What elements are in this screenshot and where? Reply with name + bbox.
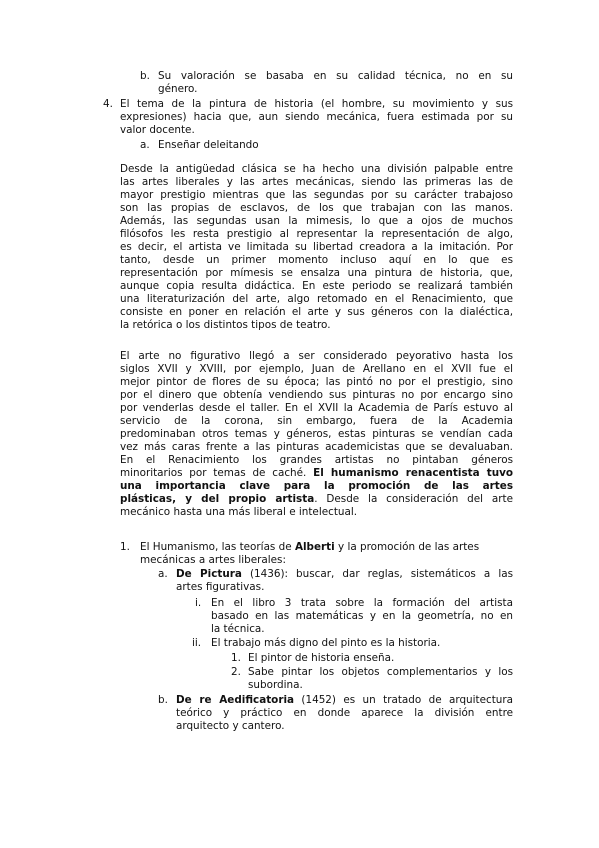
- text-line: la técnica.: [211, 623, 265, 636]
- text-line: subordina.: [248, 679, 303, 692]
- text-line: basado en las matemáticas y en la geomet…: [211, 610, 513, 623]
- text-line: vez más caras frente a las pinturas acad…: [120, 441, 513, 454]
- text-line: mejor pintor de flores de su época; las …: [120, 376, 513, 389]
- text-line: En el Renacimiento los grandes artistas …: [120, 454, 513, 467]
- text-line: Su valoración se basaba en su calidad té…: [158, 70, 513, 83]
- text-run: minoritarios por temas de caché.: [120, 467, 313, 479]
- text-line: servicio de la corona, sin embargo, fuer…: [120, 415, 513, 428]
- text-line: teórico y práctico en donde aparece la d…: [176, 707, 513, 720]
- list-marker: a.: [140, 139, 150, 152]
- text-line: tanto, desde un primer momento incluso a…: [120, 254, 513, 267]
- text-line: consiste en poner en relación el arte y …: [120, 306, 513, 319]
- text-line: mecánico hasta una más liberal e intelec…: [120, 506, 357, 519]
- text-line: mayor prestigio mientras que las segunda…: [120, 189, 513, 202]
- bold-emphasis: Alberti: [295, 541, 335, 553]
- text-line: representación por mímesis se ensalza un…: [120, 267, 513, 280]
- text-line: valor docente.: [120, 124, 195, 137]
- text-line: filósofos les resta prestigio al represe…: [120, 228, 513, 241]
- text-line: plásticas, y del propio artista. Desde l…: [120, 493, 513, 506]
- list-marker: b.: [158, 694, 168, 707]
- text-line: expresiones) hacia que, aun siendo mecán…: [120, 111, 513, 124]
- text-line: género.: [158, 83, 198, 96]
- text-line: por el dinero que obtenía vendiendo sus …: [120, 389, 513, 402]
- text-line: la retórica o los distintos tipos de tea…: [120, 319, 331, 332]
- list-marker: a.: [158, 568, 168, 581]
- text-line: El pintor de historia enseña.: [248, 652, 394, 665]
- list-marker: 1.: [231, 652, 241, 665]
- text-line: las artes liberales y las artes mecánica…: [120, 176, 513, 189]
- bold-emphasis: El humanismo renacentista tuvo: [313, 467, 513, 479]
- text-line: Desde la antigüedad clásica se ha hecho …: [120, 163, 513, 176]
- text-line: arquitecto y cantero.: [176, 720, 285, 733]
- text-run: (1452) es un tratado de arquitectura: [294, 694, 513, 706]
- list-marker: 1.: [120, 541, 130, 554]
- text-line: Enseñar deleitando: [158, 139, 259, 152]
- text-line: De re Aedificatoria (1452) es un tratado…: [176, 694, 513, 707]
- list-marker: ii.: [192, 637, 201, 650]
- text-line: El tema de la pintura de historia (el ho…: [120, 98, 513, 111]
- text-line: es decir, el artista ve limitada su libe…: [120, 241, 513, 254]
- text-line: una literaturización del arte, algo reto…: [120, 293, 513, 306]
- bold-emphasis: De re Aedificatoria: [176, 694, 294, 706]
- text-line: por venderlas desde el taller. En el XVI…: [120, 402, 513, 415]
- text-line: mecánicas a artes liberales:: [140, 554, 286, 567]
- text-line: De Pictura (1436): buscar, dar reglas, s…: [176, 568, 513, 581]
- text-run: El Humanismo, las teorías de: [140, 541, 295, 553]
- bold-emphasis: De Pictura: [176, 568, 242, 580]
- text-line: artes figurativas.: [176, 581, 264, 594]
- list-marker: 2.: [231, 666, 241, 679]
- text-line: minoritarios por temas de caché. El huma…: [120, 467, 513, 480]
- text-line: aunque copia resulta didáctica. En este …: [120, 280, 513, 293]
- text-line: siglos XVII y XVIII, por ejemplo, Juan d…: [120, 363, 513, 376]
- text-line: El arte no figurativo llegó a ser consid…: [120, 350, 513, 363]
- text-run: y la promoción de las artes: [335, 541, 479, 553]
- text-run: . Desde la consideración del arte: [314, 493, 513, 505]
- list-marker: b.: [140, 70, 150, 83]
- list-marker: i.: [195, 597, 201, 610]
- text-line: predominaban otros temas y géneros, esta…: [120, 428, 513, 441]
- list-marker: 4.: [103, 98, 113, 111]
- bold-emphasis-line: una importancia clave para la promoción …: [120, 480, 513, 493]
- bold-emphasis: plásticas, y del propio artista: [120, 493, 314, 505]
- text-line: El trabajo más digno del pinto es la his…: [211, 637, 440, 650]
- text-run: (1436): buscar, dar reglas, sistemáticos…: [242, 568, 513, 580]
- text-line: El Humanismo, las teorías de Alberti y l…: [140, 541, 479, 554]
- text-line: Sabe pintar los objetos complementarios …: [248, 666, 513, 679]
- text-line: En el libro 3 trata sobre la formación d…: [211, 597, 513, 610]
- text-line: Además, las segundas usan la mimesis, lo…: [120, 215, 513, 228]
- text-line: son las propias de esclavos, de los que …: [120, 202, 513, 215]
